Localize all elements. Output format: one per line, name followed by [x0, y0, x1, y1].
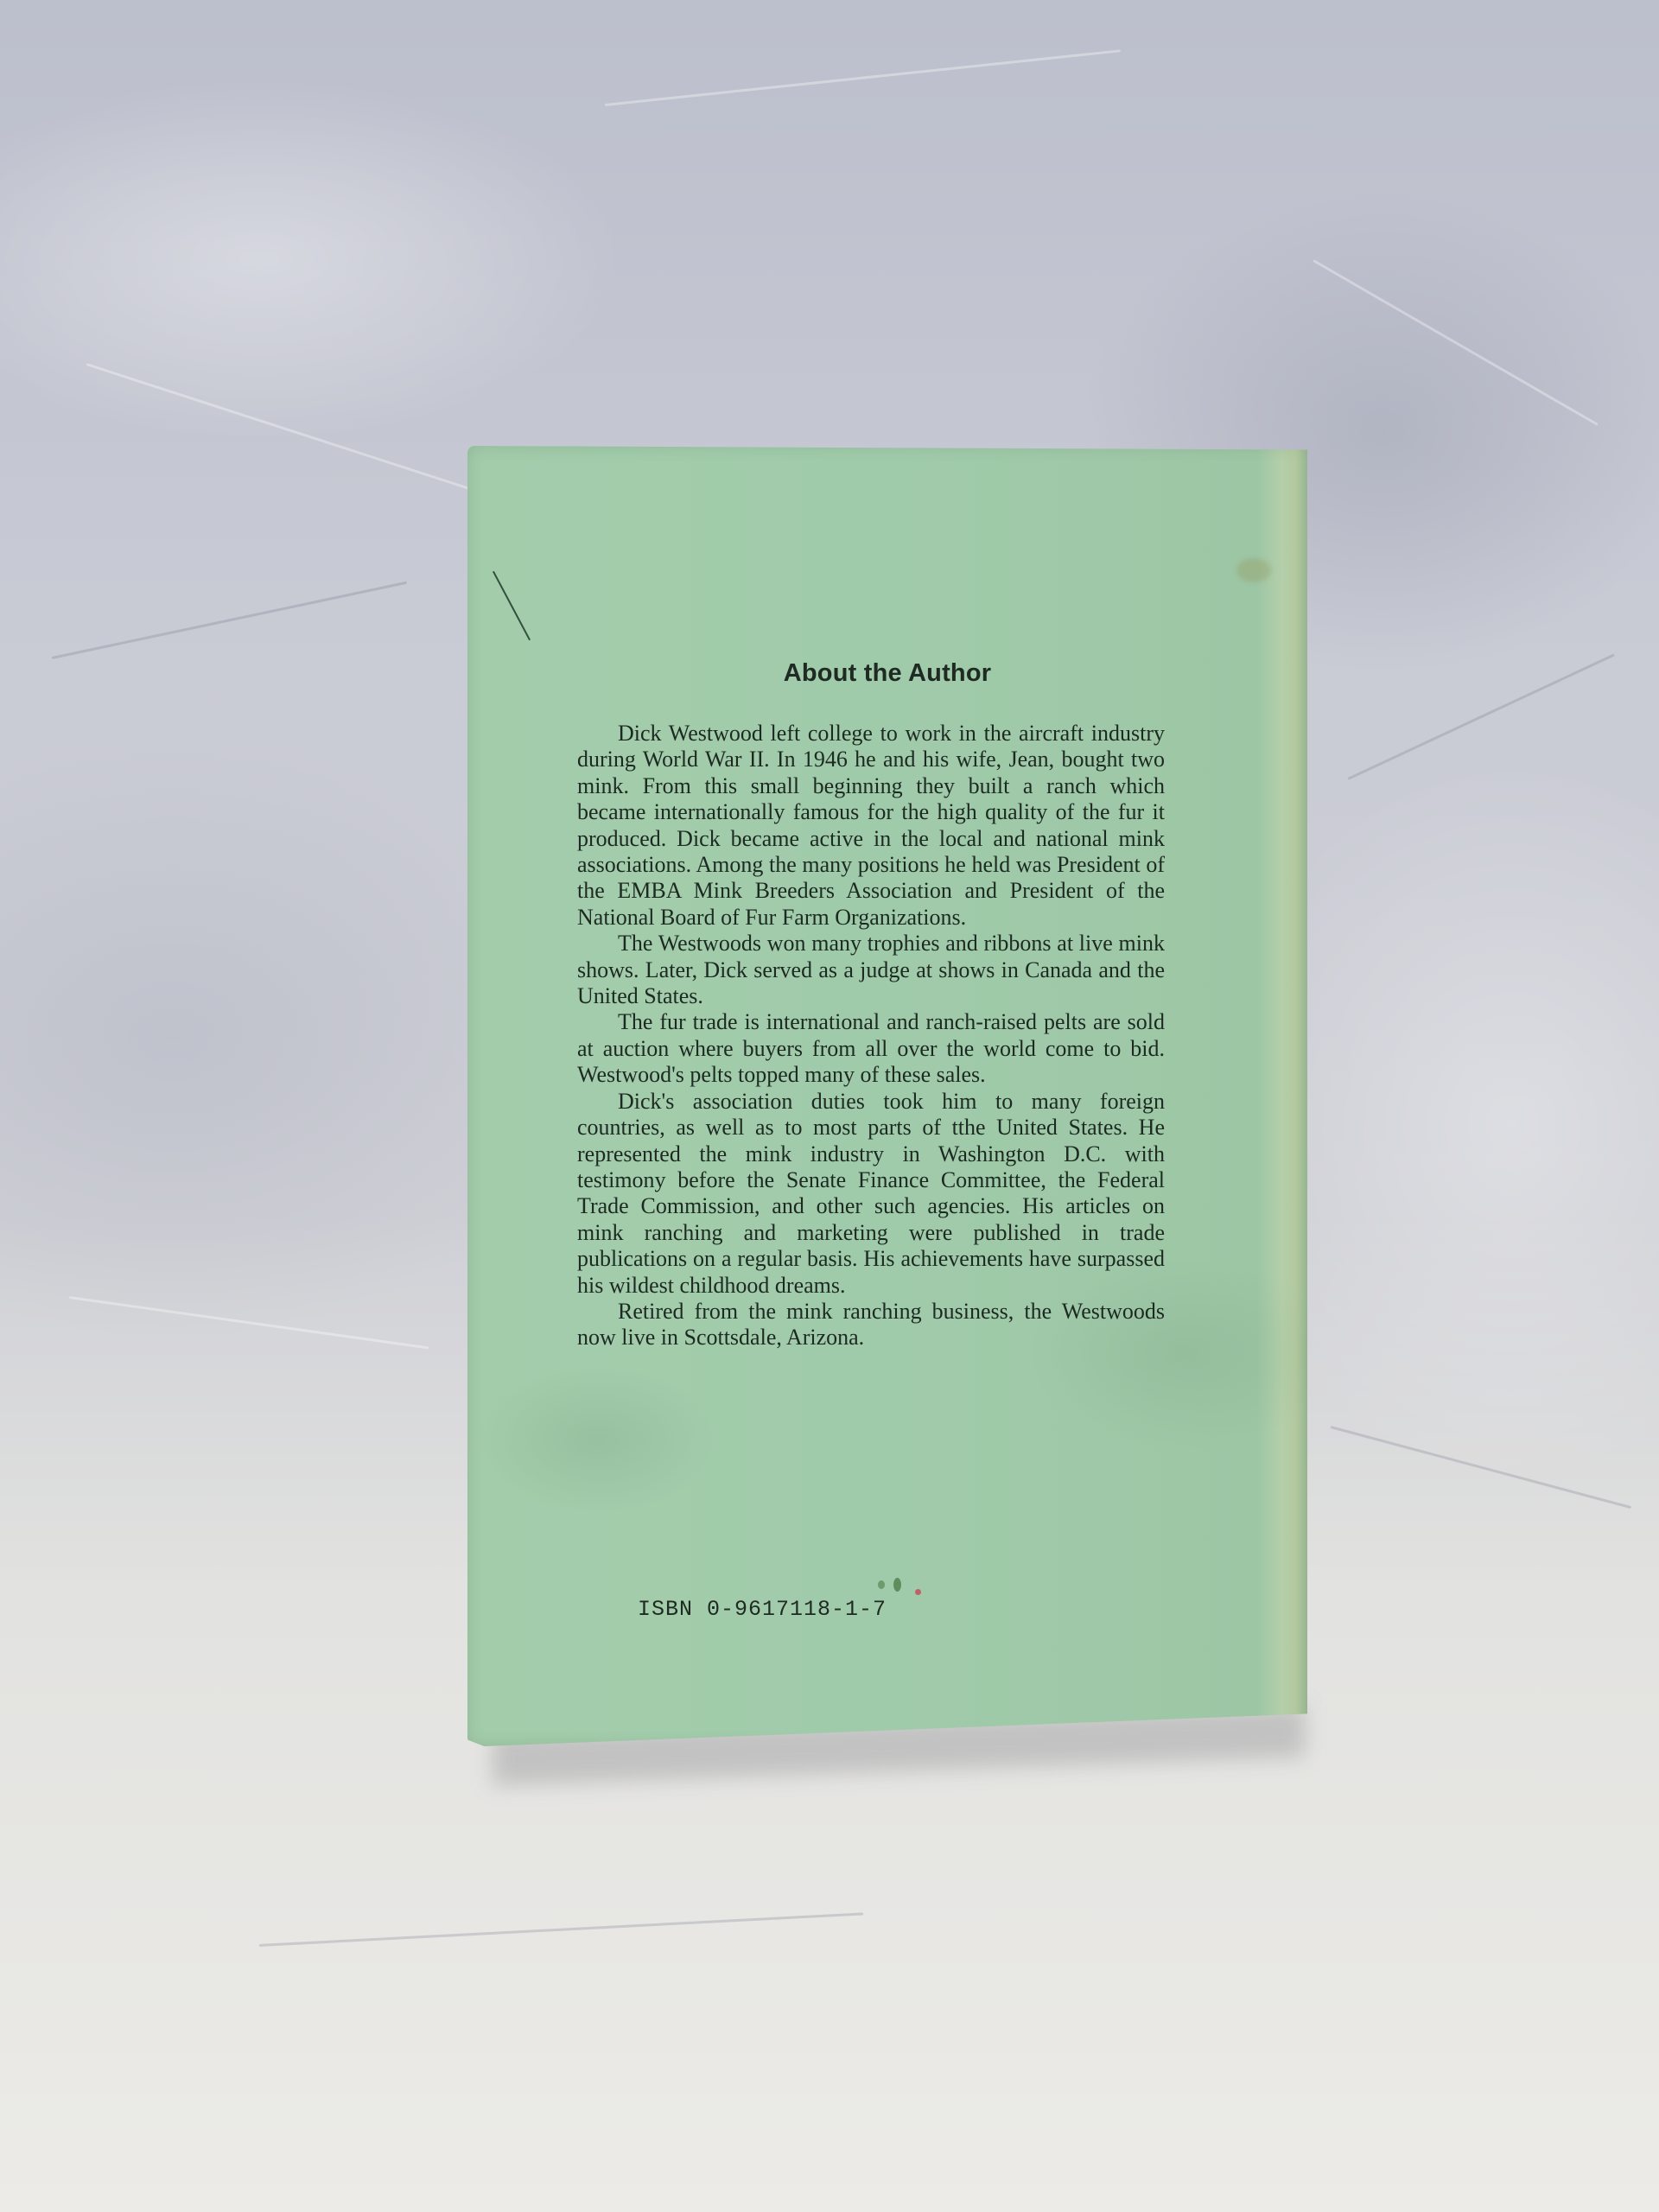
isbn-number: ISBN 0-9617118-1-7: [638, 1597, 887, 1622]
cover-stain: [1236, 558, 1271, 582]
paper-crease: [69, 1296, 429, 1349]
bio-paragraph: The fur trade is international and ranch…: [577, 1009, 1165, 1088]
paper-crease: [605, 49, 1121, 106]
bio-paragraph: Retired from the mink ranching business,…: [577, 1299, 1165, 1351]
bio-paragraph: Dick's association duties took him to ma…: [577, 1089, 1165, 1299]
about-author-heading: About the Author: [467, 659, 1307, 688]
book-spine-edge: [1283, 446, 1307, 1746]
bio-paragraph: The Westwoods won many trophies and ribb…: [577, 931, 1165, 1009]
paper-crease: [1331, 1426, 1632, 1509]
cover-speck: [893, 1578, 901, 1592]
bio-paragraph: Dick Westwood left college to work in th…: [577, 721, 1165, 931]
paper-crease: [1313, 259, 1599, 426]
paper-crease: [1347, 653, 1614, 779]
cover-speck: [915, 1589, 921, 1595]
author-bio: Dick Westwood left college to work in th…: [577, 721, 1165, 1351]
book-back-cover: About the Author Dick Westwood left coll…: [467, 446, 1307, 1746]
paper-crease: [52, 582, 407, 659]
cover-speck: [878, 1580, 885, 1589]
paper-crease: [86, 363, 514, 505]
cover-scratch: [493, 571, 531, 640]
paper-crease: [259, 1912, 863, 1947]
